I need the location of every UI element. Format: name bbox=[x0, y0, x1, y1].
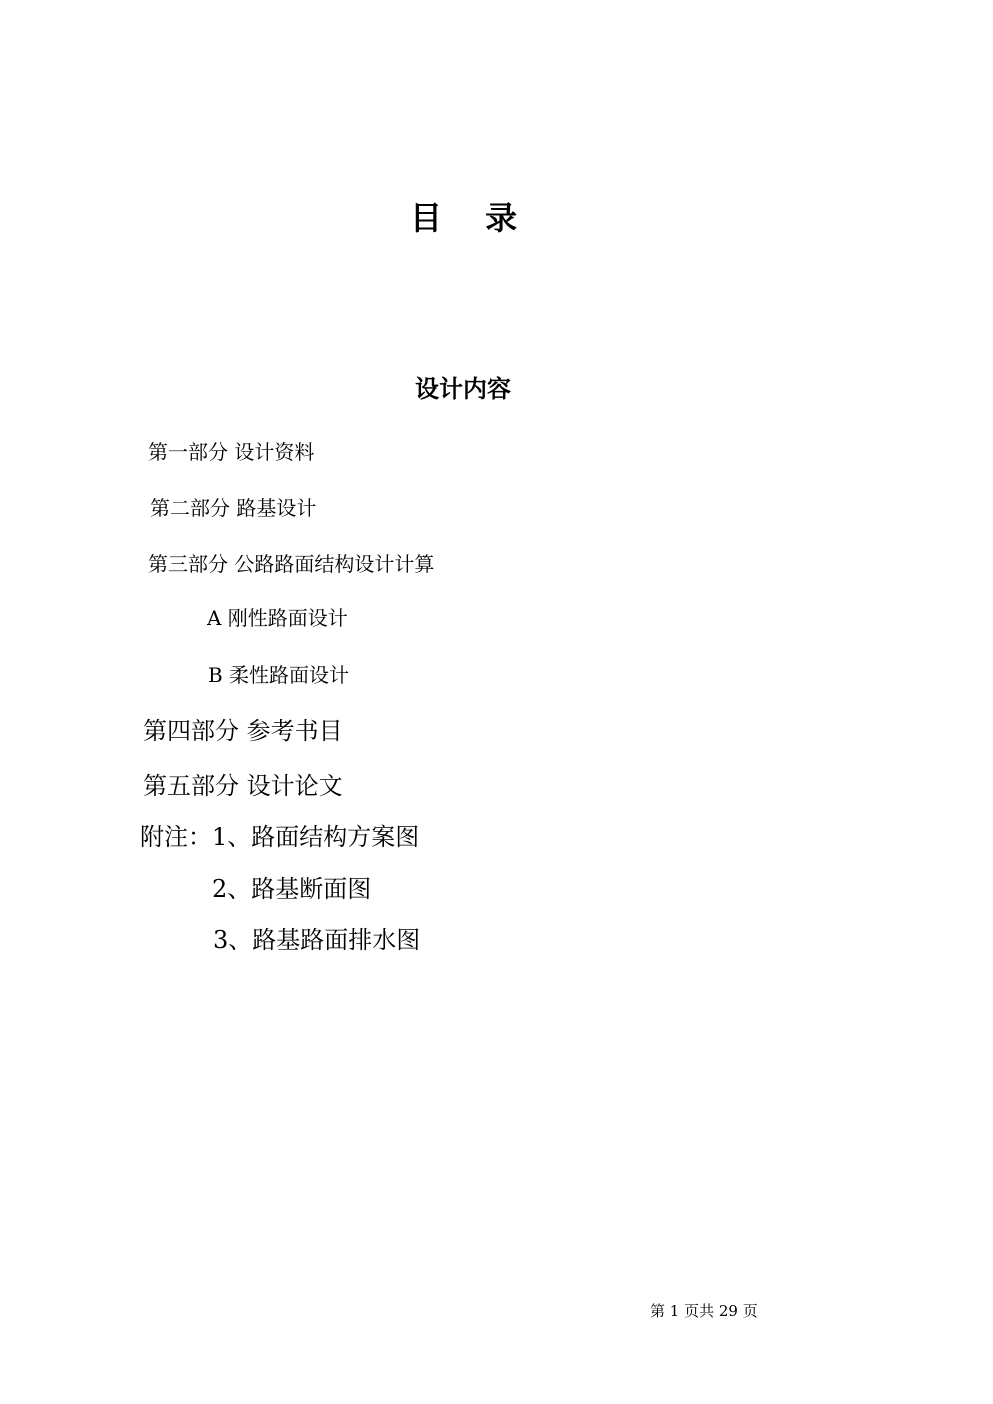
page-number-indicator: 第 1 页共 29 页 bbox=[650, 1304, 758, 1319]
toc-note-item-2: 2、路基断面图 bbox=[212, 877, 371, 901]
page-title: 目 录 bbox=[410, 202, 517, 234]
toc-item-part1: 第一部分 设计资料 bbox=[148, 442, 314, 462]
toc-item-part2: 第二部分 路基设计 bbox=[150, 498, 316, 518]
toc-subitem-b-flexible-pavement: B 柔性路面设计 bbox=[208, 665, 349, 685]
toc-subitem-a-rigid-pavement: A 刚性路面设计 bbox=[207, 608, 348, 628]
section-heading: 设计内容 bbox=[415, 377, 511, 401]
toc-item-part3: 第三部分 公路路面结构设计计算 bbox=[148, 554, 434, 574]
toc-note-item-3: 3、路基路面排水图 bbox=[213, 928, 420, 952]
document-page: 目 录 设计内容 第一部分 设计资料 第二部分 路基设计 第三部分 公路路面结构… bbox=[0, 0, 993, 1404]
toc-item-part4: 第四部分 参考书目 bbox=[143, 719, 343, 743]
toc-item-part5: 第五部分 设计论文 bbox=[143, 774, 343, 798]
toc-note-item-1: 附注：1、路面结构方案图 bbox=[140, 825, 419, 849]
